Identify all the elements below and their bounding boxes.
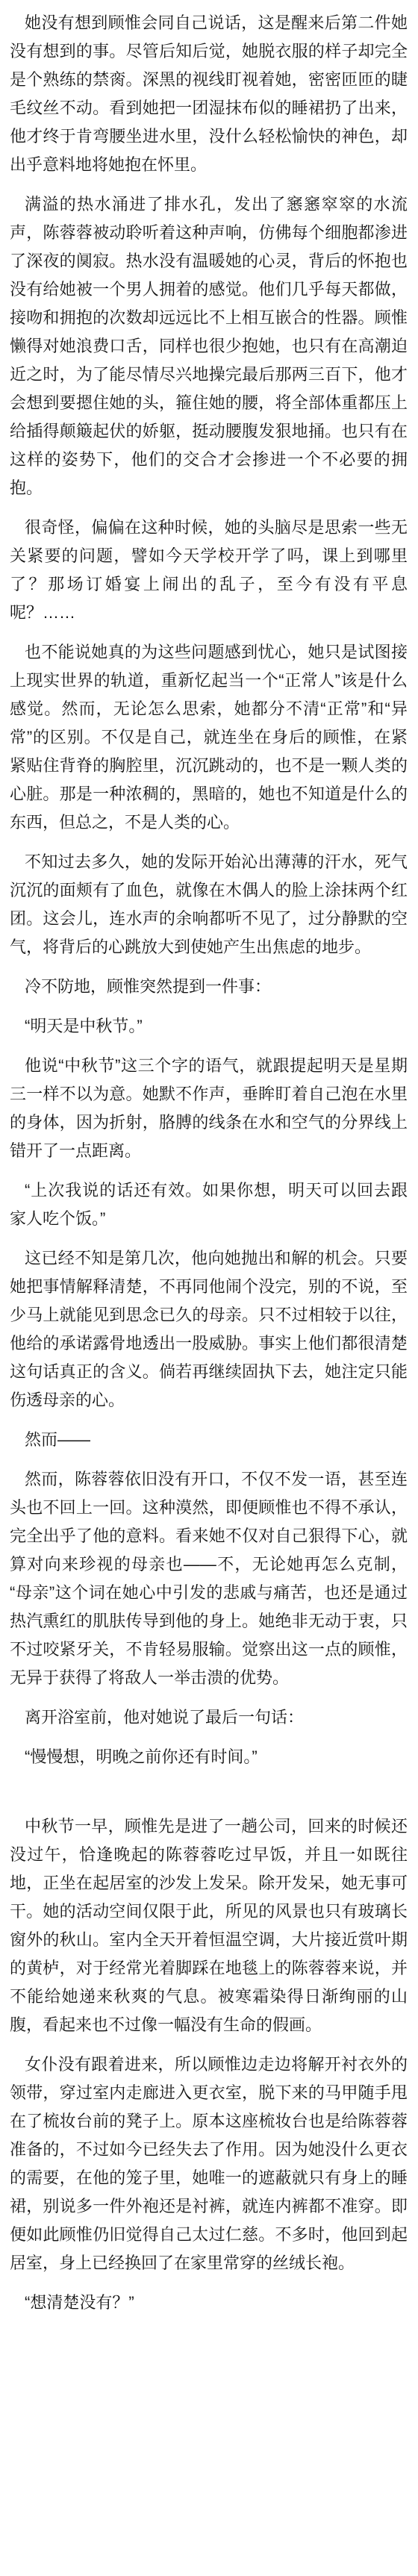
paragraph: 不知过去多久，她的发际开始沁出薄薄的汗水，死气沉沉的面颊有了血色，就像在木偶人的…: [10, 848, 408, 961]
paragraph: 女仆没有跟着进来，所以顾惟边走边将解开衬衣外的领带，穿过室内走廊进入更衣室，脱下…: [10, 2050, 408, 2277]
paragraph: 离开浴室前，他对她说了最后一句话：: [10, 1703, 408, 1732]
paragraph: 然而，陈蓉蓉依旧没有开口，不仅不发一语，甚至连头也不回上一回。这种漠然，即便顾惟…: [10, 1465, 408, 1692]
story-section-2: 中秋节一早，顾惟先是进了一趟公司，回来的时候还没过午，恰逢晚起的陈蓉蓉吃过早饭，…: [10, 1812, 408, 2317]
paragraph: 冷不防地，顾惟突然提到一件事：: [10, 973, 408, 1001]
paragraph: 他说“中秋节”这三个字的语气，就跟提起明天是星期三一样不以为意。她默不作声，垂眸…: [10, 1052, 408, 1165]
paragraph: 这已经不知是第几次，他向她抛出和解的机会。只要她把事情解释清楚，不再同他闹个没完…: [10, 1244, 408, 1415]
paragraph: 她没有想到顾惟会同自己说话，这是醒来后第二件她没有想到的事。尽管后知后觉，她脱衣…: [10, 9, 408, 179]
paragraph: 然而——: [10, 1426, 408, 1454]
paragraph: 满溢的热水涌进了排水孔，发出了窸窸窣窣的水流声，陈蓉蓉被动聆听着这种声响，仿佛每…: [10, 190, 408, 502]
paragraph: 很奇怪，偏偏在这种时候，她的头脑尽是思索一些无关紧要的问题，譬如今天学校开学了吗…: [10, 514, 408, 627]
reader-page[interactable]: 她没有想到顾惟会同自己说话，这是醒来后第二件她没有想到的事。尽管后知后觉，她脱衣…: [0, 0, 418, 2576]
paragraph: “上次我说的话还有效。如果你想，明天可以回去跟家人吃个饭。”: [10, 1176, 408, 1233]
paragraph: 中秋节一早，顾惟先是进了一趟公司，回来的时候还没过午，恰逢晚起的陈蓉蓉吃过早饭，…: [10, 1812, 408, 2039]
paragraph: 也不能说她真的为这些问题感到忧心，她只是试图接上现实世界的轨道，重新忆起当一个“…: [10, 638, 408, 837]
story-section-1: 她没有想到顾惟会同自己说话，这是醒来后第二件她没有想到的事。尽管后知后觉，她脱衣…: [10, 9, 408, 1771]
paragraph: “慢慢想，明晚之前你还有时间。”: [10, 1743, 408, 1771]
scene-break: [10, 1783, 408, 1812]
paragraph: “想清楚没有？”: [10, 2289, 408, 2317]
paragraph: “明天是中秋节。”: [10, 1012, 408, 1041]
